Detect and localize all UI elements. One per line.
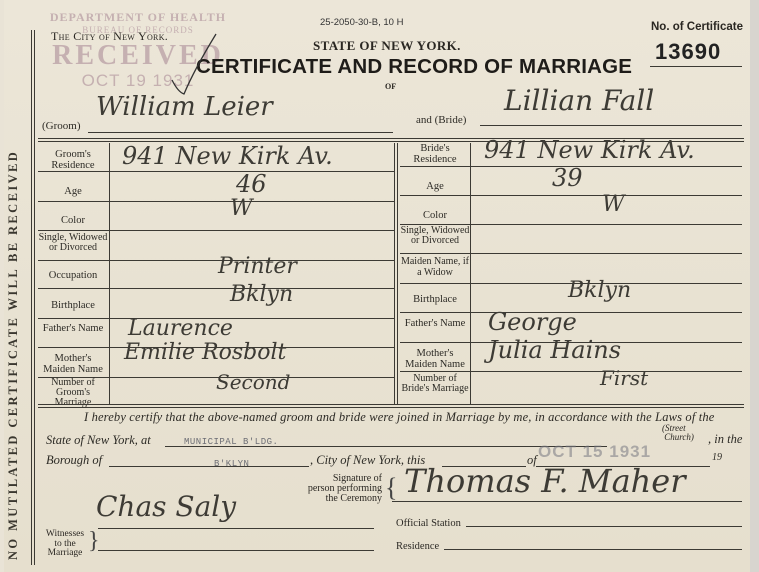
groom-mother-label: Mother's Maiden Name (38, 353, 108, 375)
bride-name-line (480, 125, 742, 126)
location-prefix: State of New York, at (46, 433, 151, 448)
bride-mother-value[interactable]: Julia Hains (488, 336, 621, 364)
bride-name[interactable]: Lillian Fall (504, 84, 654, 117)
location-typed[interactable]: MUNICIPAL B'LDG. (184, 437, 278, 447)
of-label: OF (385, 82, 396, 91)
middle-col (394, 143, 395, 405)
witness-1-line (98, 528, 374, 529)
groom-birthplace-value[interactable]: Bklyn (230, 282, 293, 307)
cert-no-underline (650, 66, 742, 67)
stamp-department: DEPARTMENT OF HEALTH (42, 10, 234, 25)
bride-mother-label: Mother's Maiden Name (400, 348, 470, 370)
check-mark-icon (164, 30, 224, 100)
certificate-number: 13690 (655, 39, 721, 65)
table-bottom-line-2 (38, 407, 744, 408)
page-edge (750, 0, 759, 572)
groom-residence-value[interactable]: 941 New Kirk Av. (122, 142, 333, 170)
groom-color-value[interactable]: W (230, 196, 253, 221)
year-prefix: 19 (712, 452, 722, 463)
bride-father-value[interactable]: George (488, 308, 577, 336)
bride-marriage-number-label: Number of Bride's Marriage (400, 374, 470, 394)
bride-maiden-widow-label: Maiden Name, if a Widow (400, 256, 470, 278)
church-label: Church (664, 432, 691, 442)
marriage-certificate: DEPARTMENT OF HEALTH BUREAU OF RECORDS R… (4, 0, 750, 572)
certificate-number-label: No. of Certificate (651, 21, 743, 33)
groom-residence-label: Groom's Residence (38, 149, 108, 171)
row-divider (400, 253, 742, 254)
bride-color-label: Color (400, 210, 470, 221)
bride-marriage-number-value[interactable]: First (600, 366, 648, 390)
bride-label: and (Bride) (416, 114, 466, 126)
witness-brace: } (88, 528, 100, 554)
groom-marital-label: Single, Widowed or Divorced (38, 233, 108, 253)
left-border (31, 30, 32, 565)
row-divider (38, 201, 394, 202)
groom-mother-value[interactable]: Emilie Rosbolt (124, 340, 286, 365)
witnesses-label-line: Marriage (40, 549, 90, 559)
street-church-label: (Street Church) (662, 424, 694, 442)
middle-col-2 (397, 143, 398, 405)
residence-line[interactable] (444, 549, 742, 550)
witnesses-label: Witnesses to the Marriage (40, 530, 90, 559)
bride-age-value[interactable]: 39 (552, 164, 583, 192)
official-station-line[interactable] (466, 526, 742, 527)
groom-marriage-number-value[interactable]: Second (216, 370, 290, 394)
groom-father-value[interactable]: Laurence (128, 316, 233, 341)
row-divider (38, 171, 394, 172)
bride-label-col (470, 143, 471, 405)
bride-residence-value[interactable]: 941 New Kirk Av. (484, 136, 695, 164)
bride-color-value[interactable]: W (602, 192, 625, 217)
officiant-label: Signature of person performing the Cerem… (306, 474, 382, 504)
form-code: 25-2050-30-B, 10 H (320, 17, 403, 28)
bride-age-label: Age (400, 181, 470, 192)
date-stamp: OCT 15 1931 (538, 442, 651, 462)
document-title: CERTIFICATE AND RECORD OF MARRIAGE (196, 55, 632, 79)
borough-line (109, 466, 309, 467)
witness-2-line (98, 550, 374, 551)
row-divider (38, 288, 394, 289)
row-divider (38, 230, 394, 231)
officiant-brace: { (385, 474, 397, 502)
groom-birthplace-label: Birthplace (38, 300, 108, 311)
row-divider (38, 260, 394, 261)
left-border-inner (34, 30, 35, 565)
bride-residence-label: Bride's Residence (400, 143, 470, 165)
certification-statement: I hereby certify that the above-named gr… (84, 410, 714, 425)
officiant-label-line: the Ceremony (306, 494, 382, 504)
borough-prefix: Borough of (46, 453, 102, 468)
table-bottom-line (38, 404, 744, 405)
city-header: The City of New York. (51, 29, 168, 44)
officiant-signature[interactable]: Thomas F. Maher (404, 462, 685, 500)
groom-age-value[interactable]: 46 (236, 170, 267, 198)
location-suffix: , in the (708, 432, 742, 447)
bride-father-label: Father's Name (400, 318, 470, 329)
row-divider (400, 195, 742, 196)
bride-birthplace-value[interactable]: Bklyn (568, 278, 631, 303)
officiant-signature-line (392, 501, 742, 502)
groom-name-line (88, 132, 393, 133)
state-header: STATE OF NEW YORK. (313, 38, 461, 54)
bride-marital-label: Single, Widowed or Divorced (400, 226, 470, 246)
groom-father-label: Father's Name (38, 323, 108, 334)
side-notice: NO MUTILATED CERTIFICATE WILL BE RECEIVE… (6, 90, 21, 560)
groom-occupation-value[interactable]: Printer (218, 254, 297, 279)
residence-label: Residence (396, 541, 439, 552)
groom-label: (Groom) (42, 120, 81, 132)
groom-color-label: Color (38, 215, 108, 226)
groom-label-col (109, 143, 110, 405)
groom-occupation-label: Occupation (38, 270, 108, 281)
borough-typed[interactable]: B'KLYN (214, 459, 249, 469)
row-divider (400, 371, 742, 372)
official-station-label: Official Station (396, 518, 461, 529)
groom-age-label: Age (38, 186, 108, 197)
bride-birthplace-label: Birthplace (400, 294, 470, 305)
witness-1-signature[interactable]: Chas Saly (96, 490, 236, 523)
